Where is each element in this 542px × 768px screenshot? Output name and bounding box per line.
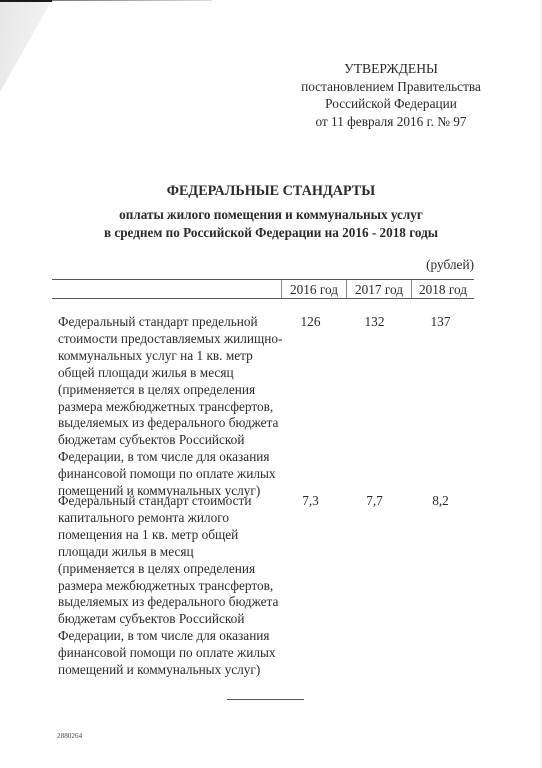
row-description: Федеральный стандарт предельнойстоимости… [58,314,290,500]
value-2017: 7,7 [342,493,407,510]
value-2018: 137 [408,314,473,331]
description-line: размера межбюджетных трансфертов, [58,399,290,416]
approval-line: Российской Федерации [296,95,486,113]
description-line: выделяемых из федерального бюджета [58,594,290,611]
subtitle-line: оплаты жилого помещения и коммунальных у… [60,206,482,224]
description-line: стоимости предоставляемых жилищно- [58,331,290,348]
column-header-2017: 2017 год [346,280,411,298]
description-line: размера межбюджетных трансфертов, [58,578,290,595]
description-line: (применяется в целях определения [58,382,290,399]
document-title: ФЕДЕРАЛЬНЫЕ СТАНДАРТЫ [60,183,482,200]
table-header: 2016 год 2017 год 2018 год [52,279,474,299]
description-line: помещений и коммунальных услуг) [58,662,290,679]
description-line: Федеральный стандарт предельной [58,314,290,331]
description-line: финансовой помощи по оплате жилых [58,645,290,662]
description-line: общей площади жилья в месяц [58,365,290,382]
approval-line: постановлением Правительства [296,78,486,96]
approval-date: от 11 февраля 2016 г. № 97 [296,113,486,131]
value-2017: 132 [342,314,407,331]
subtitle-line: в среднем по Российской Федерации на 201… [60,224,482,242]
description-line: Федеральный стандарт стоимости [58,493,290,510]
scan-top-edge [52,0,212,1]
value-2016: 7,3 [278,493,343,510]
description-line: Федерации, в том числе для оказания [58,628,290,645]
row-description: Федеральный стандарт стоимостикапитально… [58,493,290,679]
description-line: коммунальных услуг на 1 кв. метр [58,348,290,365]
description-line: финансовой помощи по оплате жилых [58,466,290,483]
document-subtitle: оплаты жилого помещения и коммунальных у… [60,206,482,241]
description-line: Федерации, в том числе для оказания [58,449,290,466]
value-2018: 8,2 [408,493,473,510]
approval-stamp: УТВЕРЖДЕНЫ постановлением Правительства … [296,60,486,130]
description-line: (применяется в целях определения [58,561,290,578]
end-of-document-rule [227,699,304,700]
column-header-2018: 2018 год [411,280,474,298]
units-label: (рублей) [420,257,474,273]
approval-title: УТВЕРЖДЕНЫ [296,60,486,78]
value-2016: 126 [278,314,343,331]
description-line: бюджетам субъектов Российской [58,432,290,449]
scan-edge [0,0,52,2]
description-line: помещения на 1 кв. метр общей [58,527,290,544]
description-line: выделяемых из федерального бюджета [58,415,290,432]
description-line: бюджетам субъектов Российской [58,611,290,628]
column-header-2016: 2016 год [281,280,346,298]
description-line: капитального ремонта жилого [58,510,290,527]
description-line: площади жилья в месяц [58,544,290,561]
folded-page-corner [0,0,52,92]
document-number: 2880264 [57,732,82,740]
